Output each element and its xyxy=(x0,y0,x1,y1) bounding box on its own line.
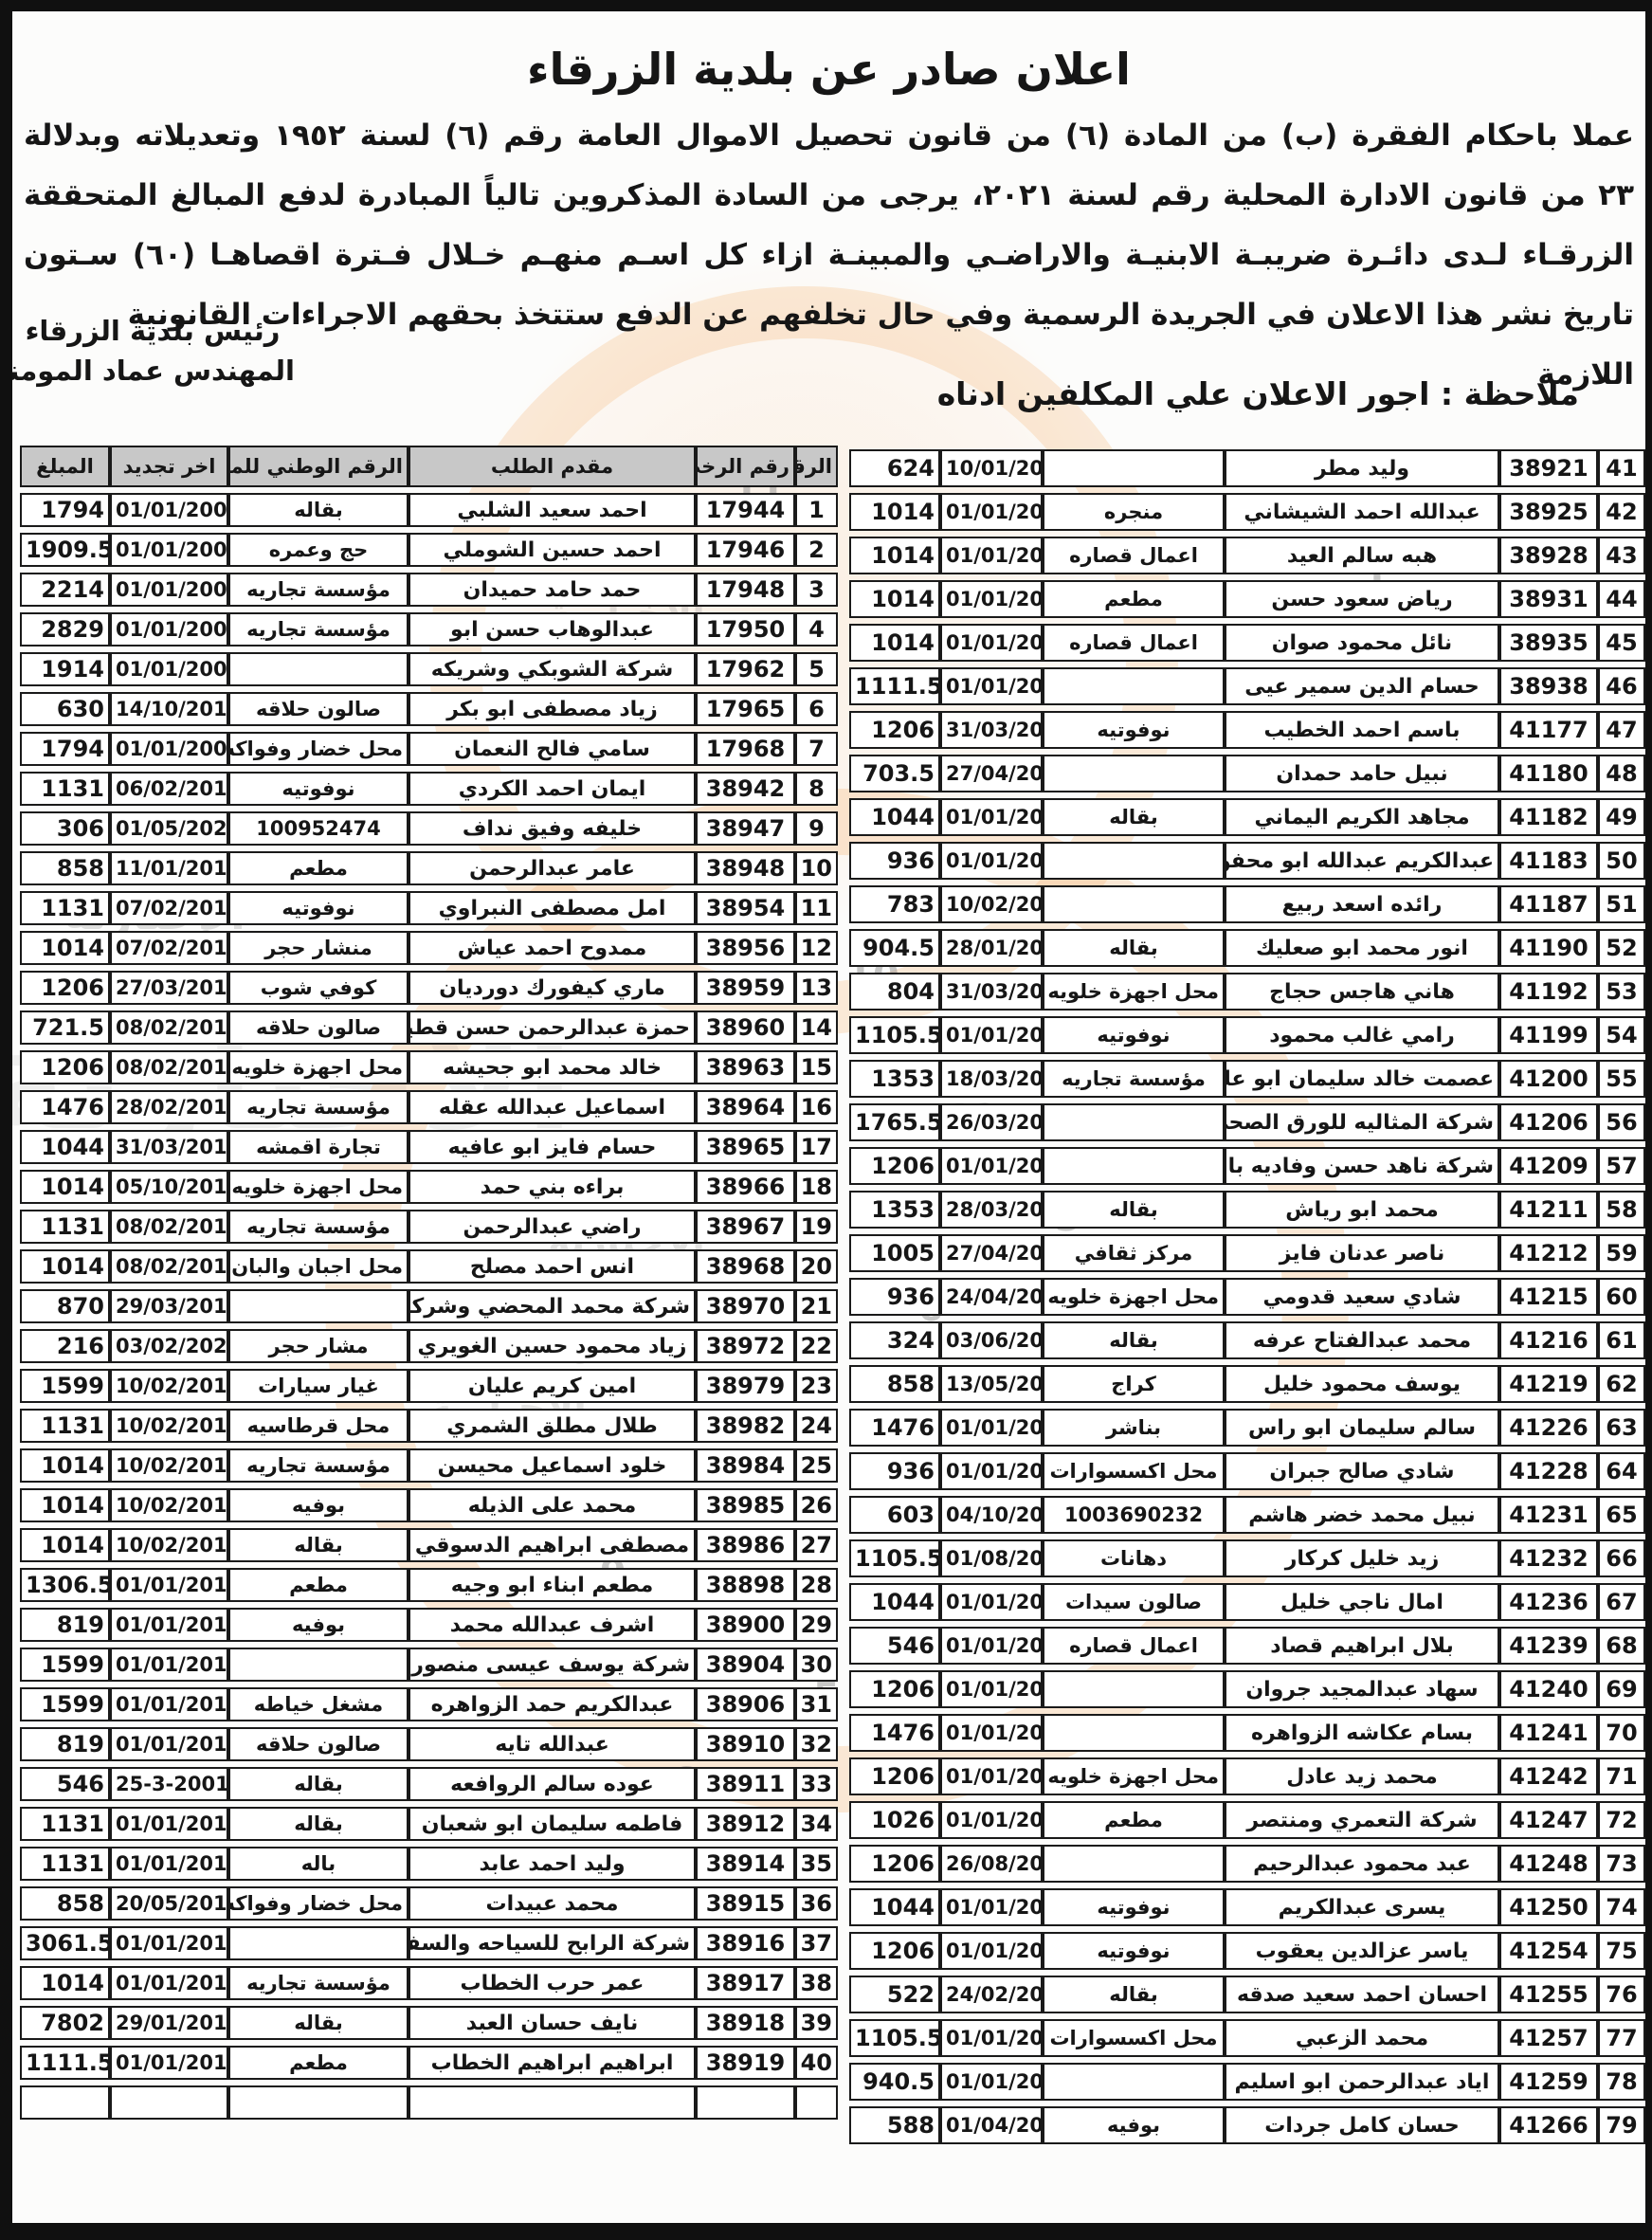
cell-applicant: باسم احمد الخطيب xyxy=(1225,711,1499,749)
table-row: 2138970شركة محمد المحضي وشركاه29/03/2014… xyxy=(20,1289,838,1323)
cell-national: بوفيه xyxy=(228,1608,408,1642)
table-row: 7941266حسان كامل جرداتبوفيه01/04/2017588 xyxy=(849,2106,1645,2144)
cell-amount: 2829 xyxy=(20,612,110,647)
cell-renewal: 01/01/2010 xyxy=(110,1608,228,1642)
cell-amount: 2214 xyxy=(20,573,110,607)
cell-renewal: 25-3-20017 xyxy=(110,1767,228,1801)
cell-license: 17950 xyxy=(696,612,795,647)
col-header-renewal: اخر تجديد xyxy=(110,446,228,487)
cell-applicant: شركة ناهد حسن وفاديه بابله xyxy=(1225,1147,1499,1185)
cell-num: 32 xyxy=(795,1727,838,1761)
cell-national: محل اجبان والبان xyxy=(228,1249,408,1284)
cell-renewal: 01/01/2011 xyxy=(940,1714,1043,1752)
cell-amount: 1306.5 xyxy=(20,1568,110,1602)
cell-license: 41177 xyxy=(1499,711,1598,749)
cell-renewal: 01/01/2010 xyxy=(940,537,1043,574)
cell-applicant: بلال ابراهيم قصاد xyxy=(1225,1627,1499,1665)
cell-applicant: محمد الزعبي xyxy=(1225,2019,1499,2057)
cell-license: 38904 xyxy=(696,1648,795,1682)
cell-applicant: شركة الشوبكي وشريكه xyxy=(408,652,696,686)
cell-license: 41255 xyxy=(1499,1976,1598,2013)
cell-national: بقاله xyxy=(228,493,408,527)
cell-num: 53 xyxy=(1598,973,1645,1011)
license-table-rows-1-40: الرقم رقم الرخصة مقدم الطلب الرقم الوطني… xyxy=(20,440,838,2125)
cell-national: بقاله xyxy=(1043,1191,1225,1229)
table-row: 617965زياد مصطفى ابو بكرصالون حلاقه14/10… xyxy=(20,692,838,726)
cell-num: 61 xyxy=(1598,1321,1645,1359)
cell-applicant: فاطمه سليمان ابو شعبان xyxy=(408,1807,696,1841)
cell-national: اعمال قصاره xyxy=(1043,1627,1225,1665)
cell-license: 41248 xyxy=(1499,1845,1598,1883)
cell-applicant: مجاهد الكريم اليماني xyxy=(1225,798,1499,836)
cell-num: 66 xyxy=(1598,1539,1645,1577)
cell-num: 43 xyxy=(1598,537,1645,574)
body-line: عملا باحكام الفقرة (ب) من المادة (٦) من … xyxy=(24,106,1634,166)
cell-national: نوفوتيه xyxy=(1043,1888,1225,1926)
cell-amount: 1599 xyxy=(20,1687,110,1721)
table-row: 7641255احسان احمد سعيد صدقهبقاله24/02/20… xyxy=(849,1976,1645,2013)
cell-license: 38954 xyxy=(696,891,795,925)
cell-applicant: رائده اسعد ربيع xyxy=(1225,885,1499,923)
cell-amount: 1111.5 xyxy=(849,667,940,705)
table-row: 417950عبدالوهاب حسن ابومؤسسة تجاريه01/01… xyxy=(20,612,838,647)
cell-national: مؤسسة تجاريه xyxy=(228,1090,408,1124)
cell-applicant: ممدوح احمد عياش xyxy=(408,931,696,965)
cell-amount: 216 xyxy=(20,1329,110,1363)
cell-license: 38942 xyxy=(696,772,795,806)
cell-num: 14 xyxy=(795,1011,838,1045)
cell-applicant: ناصر عدنان فايز xyxy=(1225,1234,1499,1272)
table-row: 3938918نايف حسان العبدبقاله29/01/2014780… xyxy=(20,2006,838,2040)
body-line: ٢٣ من قانون الادارة المحلية رقم لسنة ٢٠٢… xyxy=(24,166,1634,226)
cell-amount: 1909.5 xyxy=(20,533,110,567)
cell-national: غيار سيارات xyxy=(228,1369,408,1403)
cell-applicant xyxy=(408,2085,696,2120)
cell-national xyxy=(1043,755,1225,792)
table-row: 4638938حسام الدين سمير عيى01/01/20101111… xyxy=(849,667,1645,705)
cell-renewal: 01/01/2011 xyxy=(940,1670,1043,1708)
table-row: 3038904شركة يوسف عيسى منصور ومحمد01/01/2… xyxy=(20,1648,838,1682)
cell-national: نوفوتيه xyxy=(228,891,408,925)
table-row: 6841239بلال ابراهيم قصاداعمال قصاره01/01… xyxy=(849,1627,1645,1665)
cell-num: 70 xyxy=(1598,1714,1645,1752)
cell-num: 18 xyxy=(795,1170,838,1204)
cell-applicant: عبد محمود عبدالرحيم xyxy=(1225,1845,1499,1883)
cell-license: 17946 xyxy=(696,533,795,567)
cell-renewal: 31/03/2012 xyxy=(940,711,1043,749)
cell-amount: 1026 xyxy=(849,1801,940,1839)
col-header-num: الرقم xyxy=(795,446,838,487)
cell-amount: 1131 xyxy=(20,1409,110,1443)
cell-renewal: 01/01/2010 xyxy=(940,624,1043,662)
cell-applicant: عبدالله احمد الشيشاني xyxy=(1225,493,1499,531)
cell-amount: 783 xyxy=(849,885,940,923)
table-row: 3338911عوده سالم الروافعهبقاله25-3-20017… xyxy=(20,1767,838,1801)
cell-num: 59 xyxy=(1598,1234,1645,1272)
cell-num: 74 xyxy=(1598,1888,1645,1926)
table-row: 3138906عبدالكريم حمد الزواهرهمشغل خياطه0… xyxy=(20,1687,838,1721)
table-row: 838942ايمان احمد الكردينوفوتيه06/02/2010… xyxy=(20,772,838,806)
cell-renewal: 28/01/2015 xyxy=(940,929,1043,967)
cell-renewal: 01/01/2004 xyxy=(110,533,228,567)
cell-license: 38914 xyxy=(696,1847,795,1881)
cell-num: 71 xyxy=(1598,1757,1645,1795)
cell-amount: 858 xyxy=(20,851,110,885)
cell-license: 38972 xyxy=(696,1329,795,1363)
cell-num: 26 xyxy=(795,1488,838,1522)
cell-renewal: 13/05/2013 xyxy=(940,1365,1043,1403)
table-row: 1938967راضي عبدالرحمنمؤسسة تجاريه08/02/2… xyxy=(20,1210,838,1244)
cell-applicant: حسام فايز ابو عافيه xyxy=(408,1130,696,1164)
cell-license: 41216 xyxy=(1499,1321,1598,1359)
cell-num: 33 xyxy=(795,1767,838,1801)
cell-applicant: ابراهيم ابراهيم الخطاب xyxy=(408,2046,696,2080)
cell-renewal: 26/03/2013 xyxy=(940,1103,1043,1141)
table-row: 117944احمد سعيد الشلبيبقاله01/01/2000179… xyxy=(20,493,838,527)
cell-renewal: 01/01/2000 xyxy=(110,493,228,527)
cell-national: نوفوتيه xyxy=(1043,1016,1225,1054)
cell-national xyxy=(1043,449,1225,487)
cell-renewal: 01/01/2010 xyxy=(110,1687,228,1721)
table-row: 6741236امال ناجي خليلصالون سيدات01/01/20… xyxy=(849,1583,1645,1621)
cell-license: 17962 xyxy=(696,652,795,686)
cell-license: 38928 xyxy=(1499,537,1598,574)
cell-national: بقاله xyxy=(1043,1321,1225,1359)
table-row: 4038919ابراهيم ابراهيم الخطابمطعم01/01/2… xyxy=(20,2046,838,2080)
cell-national: محل اجهزة خلويه xyxy=(1043,1278,1225,1316)
cell-renewal: 06/02/2010 xyxy=(110,772,228,806)
cell-national: صالون حلاقه xyxy=(228,1727,408,1761)
cell-license: 41247 xyxy=(1499,1801,1598,1839)
cell-applicant: عوده سالم الروافعه xyxy=(408,1767,696,1801)
table-row: 7441250يسرى عبدالكريمنوفوتيه01/01/201110… xyxy=(849,1888,1645,1926)
cell-applicant: شركة الرابح للسياحه والسفر xyxy=(408,1926,696,1960)
cell-num: 41 xyxy=(1598,449,1645,487)
table-row: 5741209شركة ناهد حسن وفاديه بابله01/01/2… xyxy=(849,1147,1645,1185)
cell-amount: 1044 xyxy=(849,1583,940,1621)
cell-applicant: حسام الدين سمير عيى xyxy=(1225,667,1499,705)
cell-license: 41209 xyxy=(1499,1147,1598,1185)
cell-license: 38984 xyxy=(696,1448,795,1483)
cell-license: 38985 xyxy=(696,1488,795,1522)
table-row: 5641206شركة المثاليه للورق الصحي26/03/20… xyxy=(849,1103,1645,1141)
cell-amount: 3061.5 xyxy=(20,1926,110,1960)
cell-num: 58 xyxy=(1598,1191,1645,1229)
table-row: 7841259اياد عبدالرحمن ابو اسليم01/01/201… xyxy=(849,2063,1645,2101)
table-header-row: الرقم رقم الرخصة مقدم الطلب الرقم الوطني… xyxy=(20,446,838,487)
cell-amount: 1131 xyxy=(20,1847,110,1881)
cell-amount: 1206 xyxy=(849,711,940,749)
cell-amount: 1476 xyxy=(20,1090,110,1124)
table-row: 317948حمد حامد حميدانمؤسسة تجاريه01/01/2… xyxy=(20,573,838,607)
cell-national: اعمال قصاره xyxy=(1043,624,1225,662)
fees-note: ملاحظة : اجور الاعلان علي المكلفين ادناه xyxy=(937,375,1579,412)
cell-national: بوفيه xyxy=(1043,2106,1225,2144)
cell-renewal: 01/01/2011 xyxy=(940,1409,1043,1447)
cell-applicant: محمد عبدالفتاح عرفه xyxy=(1225,1321,1499,1359)
cell-num: 67 xyxy=(1598,1583,1645,1621)
cell-renewal: 11/01/2012 xyxy=(110,851,228,885)
cell-national: محل اجهزة خلويه xyxy=(1043,1757,1225,1795)
cell-national xyxy=(1043,1845,1225,1883)
cell-renewal: 26/08/2012 xyxy=(940,1845,1043,1883)
cell-applicant: انور محمد ابو صعليك xyxy=(1225,929,1499,967)
cell-applicant: حمزة عبدالرحمن حسن قطيش xyxy=(408,1011,696,1045)
cell-amount: 7802 xyxy=(20,2006,110,2040)
table-row: 2738986مصطفى ابراهيم الدسوقيبقاله10/02/2… xyxy=(20,1528,838,1562)
cell-license: 17968 xyxy=(696,732,795,766)
cell-license: 41257 xyxy=(1499,2019,1598,2057)
cell-num: 75 xyxy=(1598,1932,1645,1970)
cell-num: 34 xyxy=(795,1807,838,1841)
cell-national: صالون حلاقه xyxy=(228,1011,408,1045)
cell-amount xyxy=(20,2085,110,2120)
cell-renewal: 01/01/2010 xyxy=(940,667,1043,705)
cell-license: 41240 xyxy=(1499,1670,1598,1708)
table-row: 1538963خالد محمد ابو جحيشهمحل اجهزة خلوي… xyxy=(20,1050,838,1084)
cell-renewal: 07/02/2010 xyxy=(110,931,228,965)
cell-amount: 904.5 xyxy=(849,929,940,967)
cell-national: حج وعمره xyxy=(228,533,408,567)
cell-num: 19 xyxy=(795,1210,838,1244)
cell-num: 60 xyxy=(1598,1278,1645,1316)
cell-applicant: نايف حسان العبد xyxy=(408,2006,696,2040)
cell-num: 50 xyxy=(1598,842,1645,880)
cell-renewal: 01/01/2011 xyxy=(940,1801,1043,1839)
table-row: 5041183عبدالكريم عبدالله ابو محفوظ01/01/… xyxy=(849,842,1645,880)
table-row: 6241219يوسف محمود خليلكراج13/05/2013858 xyxy=(849,1365,1645,1403)
cell-renewal: 05/10/2010 xyxy=(110,1170,228,1204)
cell-amount: 1599 xyxy=(20,1369,110,1403)
cell-national: كوفي شوب xyxy=(228,971,408,1005)
cell-num: 5 xyxy=(795,652,838,686)
cell-amount: 819 xyxy=(20,1727,110,1761)
table-row: 7241247شركة التعمري ومنتصرمطعم01/01/2011… xyxy=(849,1801,1645,1839)
cell-national: صالون حلاقه xyxy=(228,692,408,726)
cell-num: 72 xyxy=(1598,1801,1645,1839)
cell-national: بقاله xyxy=(228,2006,408,2040)
cell-applicant: امل مصطفى النبراوي xyxy=(408,891,696,925)
cell-amount: 546 xyxy=(849,1627,940,1665)
cell-renewal: 20/05/2013 xyxy=(110,1886,228,1921)
cell-renewal: 01/01/2011 xyxy=(940,1583,1043,1621)
cell-license: 38931 xyxy=(1499,580,1598,618)
cell-amount: 819 xyxy=(20,1608,110,1642)
cell-num: 57 xyxy=(1598,1147,1645,1185)
cell-renewal: 29/01/2014 xyxy=(110,2006,228,2040)
cell-license: 38966 xyxy=(696,1170,795,1204)
table-row: 7741257محمد الزعبيمحل اكسسوارات01/01/201… xyxy=(849,2019,1645,2057)
cell-applicant: بسام عكاشه الزواهره xyxy=(1225,1714,1499,1752)
cell-num: 3 xyxy=(795,573,838,607)
cell-renewal: 01/01/2010 xyxy=(110,1727,228,1761)
cell-applicant: زيد خليل كركار xyxy=(1225,1539,1499,1577)
cell-num: 35 xyxy=(795,1847,838,1881)
cell-applicant: ماري كيفورك دورديان xyxy=(408,971,696,1005)
cell-license: 41206 xyxy=(1499,1103,1598,1141)
table-row: 1438960حمزة عبدالرحمن حسن قطيشصالون حلاق… xyxy=(20,1011,838,1045)
cell-national: مؤسسة تجاريه xyxy=(228,1210,408,1244)
cell-amount: 522 xyxy=(849,1976,940,2013)
cell-amount: 1014 xyxy=(849,493,940,531)
cell-amount: 1794 xyxy=(20,493,110,527)
table-row: 2438982طلال مطلق الشمريمحل قرطاسيه10/02/… xyxy=(20,1409,838,1443)
cell-license: 38918 xyxy=(696,2006,795,2040)
cell-national: صالون سيدات xyxy=(1043,1583,1225,1621)
cell-renewal: 01/01/2017 xyxy=(940,1627,1043,1665)
cell-amount: 1105.5 xyxy=(849,1539,940,1577)
cell-license: 41226 xyxy=(1499,1409,1598,1447)
cell-license: 38935 xyxy=(1499,624,1598,662)
cell-applicant: مصطفى ابراهيم الدسوقي xyxy=(408,1528,696,1562)
cell-num: 42 xyxy=(1598,493,1645,531)
cell-applicant: محمد زيد عادل xyxy=(1225,1757,1499,1795)
cell-license: 41254 xyxy=(1499,1932,1598,1970)
table-row: 3538914وليد احمد عابدباله01/01/20101131 xyxy=(20,1847,838,1881)
cell-license: 38912 xyxy=(696,1807,795,1841)
cell-applicant: خليفه وفيق نداف xyxy=(408,811,696,846)
cell-num: 36 xyxy=(795,1886,838,1921)
cell-license: 17948 xyxy=(696,573,795,607)
signature-title: رئيس بلدية الزرقاء xyxy=(10,311,295,351)
table-row: 1338959ماري كيفورك دورديانكوفي شوب27/03/… xyxy=(20,971,838,1005)
col-header-national: الرقم الوطني للمنشاه xyxy=(228,446,408,487)
cell-amount: 1914 xyxy=(20,652,110,686)
table-row: 517962شركة الشوبكي وشريكه01/01/20011914 xyxy=(20,652,838,686)
cell-license: 41236 xyxy=(1499,1583,1598,1621)
cell-amount: 1014 xyxy=(20,1448,110,1483)
cell-amount: 1206 xyxy=(20,1050,110,1084)
cell-applicant: عبدالكريم حمد الزواهره xyxy=(408,1687,696,1721)
cell-renewal: 03/02/2022 xyxy=(110,1329,228,1363)
cell-national: 100952474 xyxy=(228,811,408,846)
col-header-applicant: مقدم الطلب xyxy=(408,446,696,487)
col-header-license: رقم الرخصة xyxy=(696,446,795,487)
cell-license: 41232 xyxy=(1499,1539,1598,1577)
cell-num: 10 xyxy=(795,851,838,885)
cell-amount: 804 xyxy=(849,973,940,1011)
cell-renewal: 10/02/2010 xyxy=(110,1369,228,1403)
table-row: 6641232زيد خليل كركاردهانات01/08/2013110… xyxy=(849,1539,1645,1577)
cell-renewal: 10/02/2010 xyxy=(110,1528,228,1562)
cell-amount: 1206 xyxy=(849,1757,940,1795)
cell-num: 51 xyxy=(1598,885,1645,923)
cell-license: 38919 xyxy=(696,2046,795,2080)
cell-num: 16 xyxy=(795,1090,838,1124)
cell-national xyxy=(1043,667,1225,705)
cell-renewal: 01/01/2011 xyxy=(940,1452,1043,1490)
cell-applicant: نبيل حامد حمدان xyxy=(1225,755,1499,792)
cell-license: 41250 xyxy=(1499,1888,1598,1926)
cell-applicant: براءه بني حمد xyxy=(408,1170,696,1204)
cell-national: نوفوتيه xyxy=(228,772,408,806)
cell-renewal: 07/02/2010 xyxy=(110,891,228,925)
cell-applicant: هبه سالم العيد xyxy=(1225,537,1499,574)
cell-renewal: 01/01/2011 xyxy=(940,1932,1043,1970)
cell-renewal: 01/01/2011 xyxy=(940,842,1043,880)
cell-national: مشغل خياطه xyxy=(228,1687,408,1721)
cell-num: 37 xyxy=(795,1926,838,1960)
cell-license: 41231 xyxy=(1499,1496,1598,1534)
cell-num: 30 xyxy=(795,1648,838,1682)
table-row: 1038948عامر عبدالرحمنمطعم11/01/2012858 xyxy=(20,851,838,885)
cell-renewal: 28/03/2013 xyxy=(940,1191,1043,1229)
cell-num: 24 xyxy=(795,1409,838,1443)
cell-num: 49 xyxy=(1598,798,1645,836)
cell-license: 41200 xyxy=(1499,1060,1598,1098)
cell-national: مطعم xyxy=(1043,580,1225,618)
cell-renewal xyxy=(110,2085,228,2120)
cell-renewal: 01/01/2010 xyxy=(110,1847,228,1881)
cell-national: مطعم xyxy=(228,851,408,885)
table-row: 2038968انس احمد مصلحمحل اجبان والبان08/0… xyxy=(20,1249,838,1284)
cell-license: 41187 xyxy=(1499,885,1598,923)
cell-num: 44 xyxy=(1598,580,1645,618)
cell-num: 29 xyxy=(795,1608,838,1642)
cell-license: 38916 xyxy=(696,1926,795,1960)
cell-amount: 940.5 xyxy=(849,2063,940,2101)
cell-national: نوفوتيه xyxy=(1043,711,1225,749)
cell-license: 38947 xyxy=(696,811,795,846)
cell-license: 41199 xyxy=(1499,1016,1598,1054)
cell-num xyxy=(795,2085,838,2120)
cell-amount: 324 xyxy=(849,1321,940,1359)
table-row: 4841180نبيل حامد حمدان27/04/2017703.5 xyxy=(849,755,1645,792)
table-row: 3638915محمد عبيداتمحل خضار وفواكه20/05/2… xyxy=(20,1886,838,1921)
cell-applicant: اياد عبدالرحمن ابو اسليم xyxy=(1225,2063,1499,2101)
cell-national: بقاله xyxy=(1043,798,1225,836)
cell-applicant: يوسف محمود خليل xyxy=(1225,1365,1499,1403)
cell-amount: 603 xyxy=(849,1496,940,1534)
cell-applicant: امال ناجي خليل xyxy=(1225,1583,1499,1621)
table-row: 6941240سهاد عبدالمجيد جروان01/01/2011120… xyxy=(849,1670,1645,1708)
cell-applicant: شادي صالح جبران xyxy=(1225,1452,1499,1490)
cell-license: 17965 xyxy=(696,692,795,726)
cell-num: 27 xyxy=(795,1528,838,1562)
cell-license: 41239 xyxy=(1499,1627,1598,1665)
cell-national xyxy=(228,1289,408,1323)
cell-applicant: شركة يوسف عيسى منصور ومحمد xyxy=(408,1648,696,1682)
cell-amount: 936 xyxy=(849,842,940,880)
table-row: 3438912فاطمه سليمان ابو شعبانبقاله01/01/… xyxy=(20,1807,838,1841)
cell-num: 28 xyxy=(795,1568,838,1602)
cell-renewal: 01/01/2005 xyxy=(110,573,228,607)
table-row: 1838966براءه بني حمدمحل اجهزة خلويه05/10… xyxy=(20,1170,838,1204)
cell-license: 41182 xyxy=(1499,798,1598,836)
cell-license: 38948 xyxy=(696,851,795,885)
cell-amount: 1014 xyxy=(20,1528,110,1562)
cell-amount: 1599 xyxy=(20,1648,110,1682)
cell-license: 38938 xyxy=(1499,667,1598,705)
signature-name: المهندس عماد المومني xyxy=(10,351,295,391)
cell-applicant: محمد ابو رياش xyxy=(1225,1191,1499,1229)
cell-num: 8 xyxy=(795,772,838,806)
cell-applicant: سالم سليمان ابو راس xyxy=(1225,1409,1499,1447)
cell-national: تجارة اقمشه xyxy=(228,1130,408,1164)
cell-num: 68 xyxy=(1598,1627,1645,1665)
cell-amount: 870 xyxy=(20,1289,110,1323)
table-row: 3838917عمر حرب الخطابمؤسسة تجاريه01/01/2… xyxy=(20,1966,838,2000)
cell-num: 25 xyxy=(795,1448,838,1483)
cell-amount: 306 xyxy=(20,811,110,846)
cell-num: 39 xyxy=(795,2006,838,2040)
cell-renewal: 01/01/2011 xyxy=(940,1888,1043,1926)
table-row: 2938900اشرف عبدالله محمدبوفيه01/01/20108… xyxy=(20,1608,838,1642)
cell-license: 41241 xyxy=(1499,1714,1598,1752)
cell-national: مطعم xyxy=(228,1568,408,1602)
license-table-rows-41-79: 4138921وليد مطر10/01/20166244238925عبدال… xyxy=(849,444,1645,2150)
table-row: 1138954امل مصطفى النبراوينوفوتيه07/02/20… xyxy=(20,891,838,925)
